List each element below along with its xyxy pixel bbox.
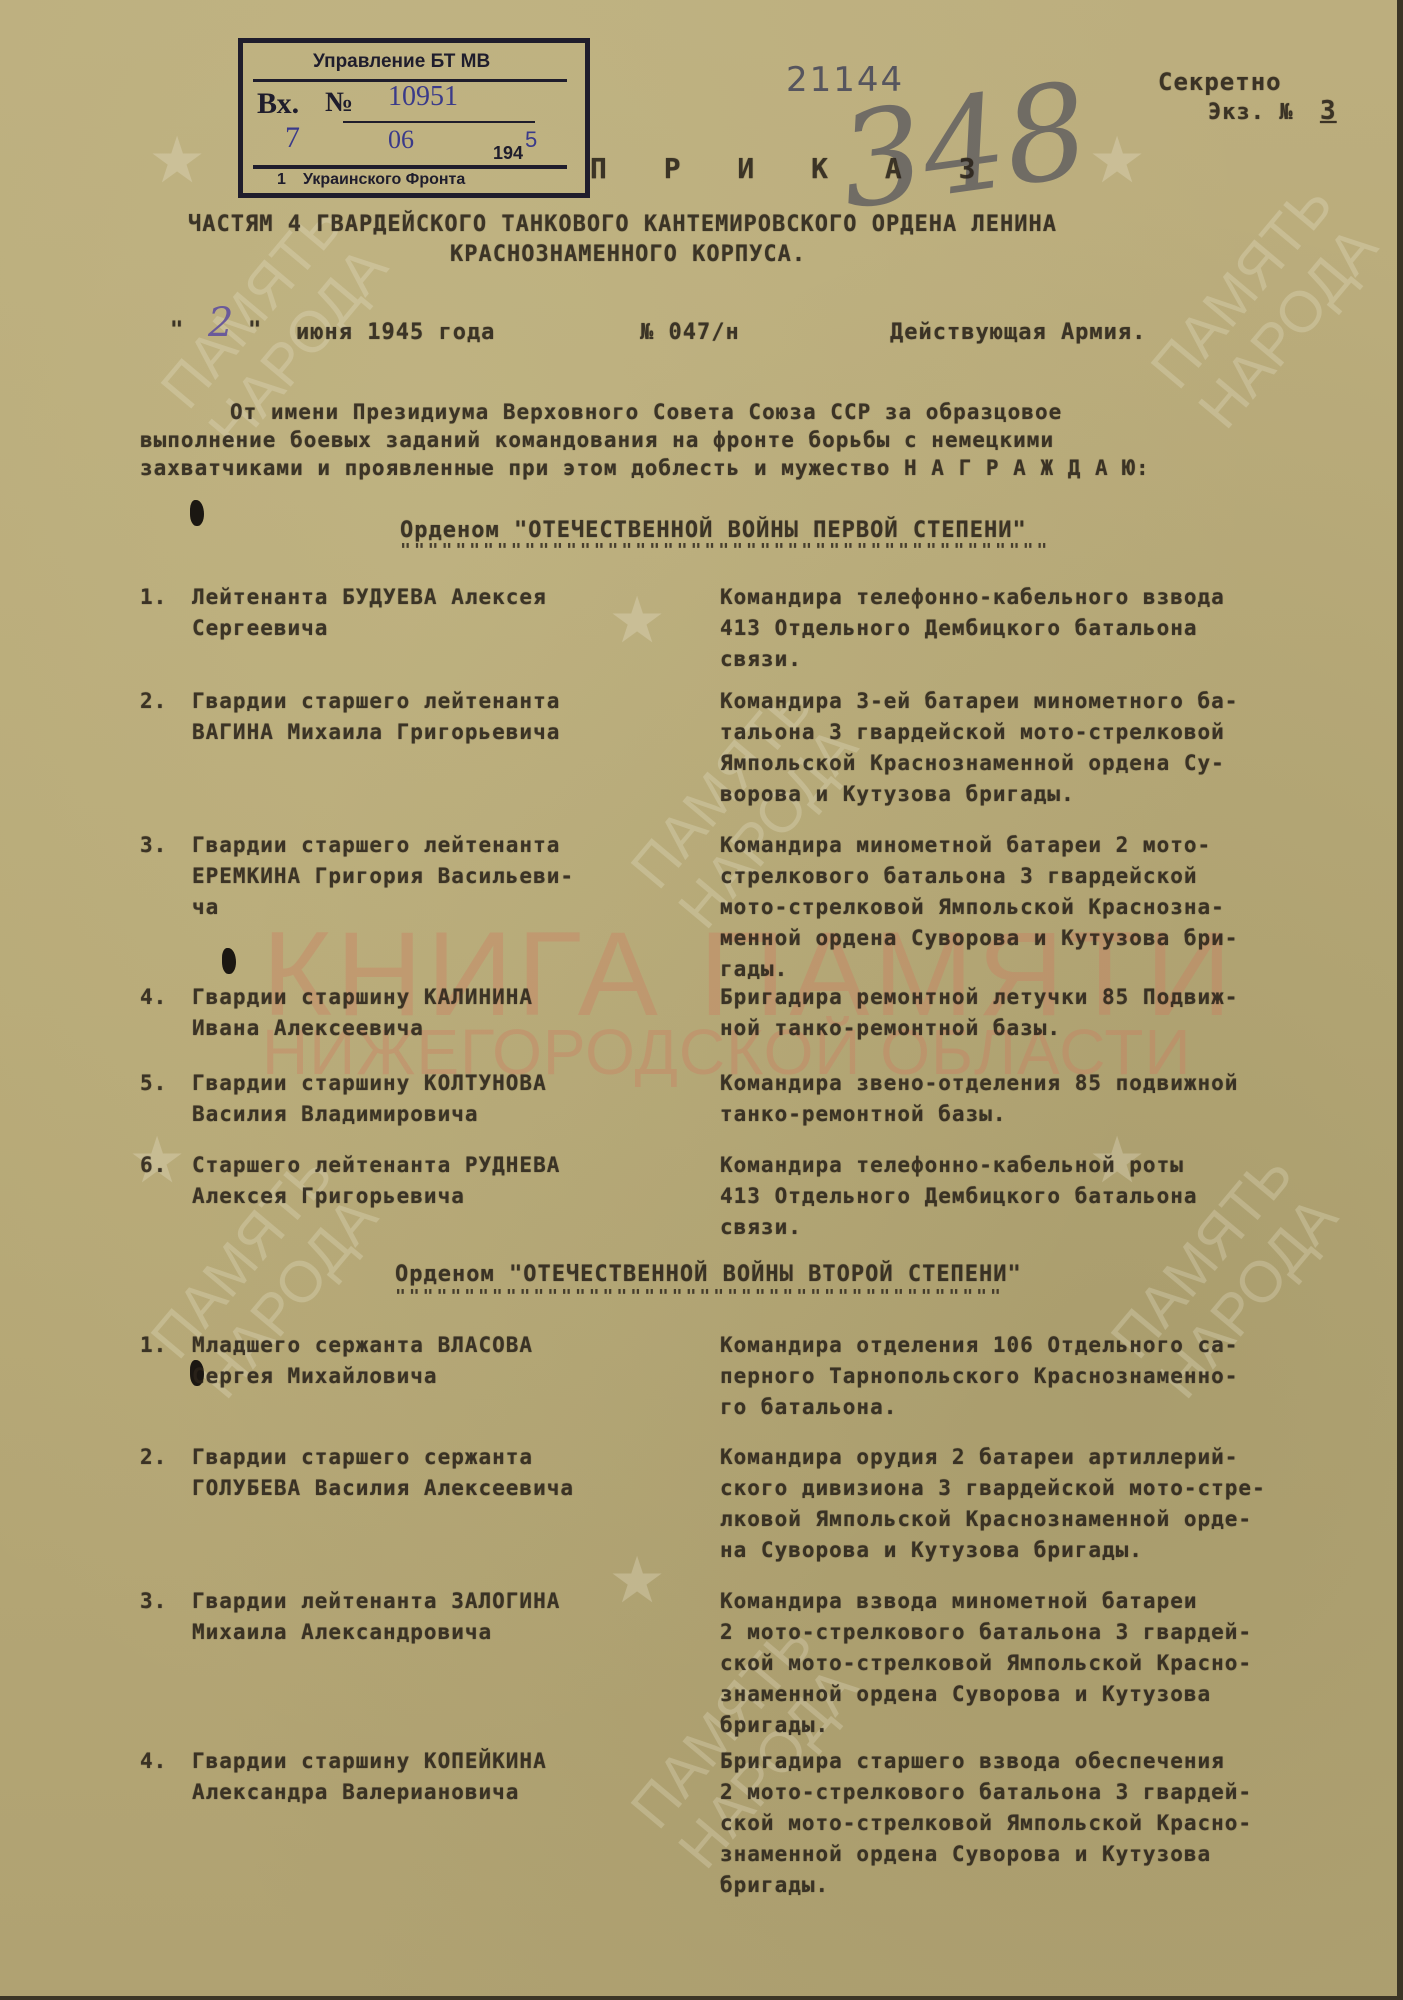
entry-position: Командира минометной батареи 2 мото-стре…	[720, 830, 1238, 985]
entry-number: 2.	[140, 1442, 167, 1473]
stamp-year: 194	[493, 143, 523, 164]
heading-underline: """"""""""""""""""""""""""""""""""""""""…	[395, 1286, 1004, 1307]
stamp-month: 06	[388, 125, 414, 155]
entry-number: 5.	[140, 1068, 167, 1099]
entry-position: Командира телефонно-кабельного взвода413…	[720, 582, 1225, 675]
stamp-front-label: Украинского Фронта	[303, 171, 465, 189]
order-title: П Р И К А З	[590, 152, 995, 185]
section-heading-second-degree: Орденом "ОТЕЧЕСТВЕННОЙ ВОЙНЫ ВТОРОЙ СТЕП…	[395, 1262, 1022, 1287]
stamp-incoming-label: Вх.	[257, 87, 299, 121]
entry-position: Командира взвода минометной батареи2 мот…	[720, 1586, 1252, 1741]
heading-underline: """"""""""""""""""""""""""""""""""""""""…	[400, 540, 1050, 561]
page-edge	[1397, 0, 1403, 2000]
location: Действующая Армия.	[890, 320, 1146, 345]
order-subtitle-line1: ЧАСТЯМ 4 ГВАРДЕЙСКОГО ТАНКОВОГО КАНТЕМИР…	[188, 212, 1057, 237]
stamp-day: 7	[285, 121, 300, 155]
stamp-year-handwritten: 5	[525, 127, 537, 153]
stamp-front-number: 1	[277, 171, 286, 189]
entry-position: Командира орудия 2 батареи артиллерий-ск…	[720, 1442, 1266, 1566]
entry-number: 1.	[140, 1330, 167, 1361]
preamble-line3: захватчиками и проявленные при этом добл…	[140, 456, 1150, 480]
entry-name: Гвардии старшину КОЛТУНОВАВасилия Владим…	[192, 1068, 547, 1130]
entry-number: 3.	[140, 1586, 167, 1617]
entry-name: Лейтенанта БУДУЕВА АлексеяСергеевича	[192, 582, 547, 644]
registration-stamp: Управление БТ МВ Вх. № 10951 7 06 194 5 …	[238, 38, 590, 198]
copy-number: 3	[1320, 96, 1337, 126]
stamp-incoming-number: 10951	[388, 81, 458, 113]
entry-name: Гвардии лейтенанта ЗАЛОГИНАМихаила Алекс…	[192, 1586, 560, 1648]
entry-number: 4.	[140, 1746, 167, 1777]
entry-name: Гвардии старшину КАЛИНИНАИвана Алексееви…	[192, 982, 533, 1044]
secrecy-label: Секретно	[1158, 68, 1282, 96]
stamp-number-label: №	[325, 87, 353, 119]
entry-position: Командира 3-ей батареи минометного ба-та…	[720, 686, 1238, 810]
preamble-line1: От имени Президиума Верховного Совета Со…	[230, 400, 1062, 424]
entry-position: Командира звено-отделения 85 подвижнойта…	[720, 1068, 1238, 1130]
entry-number: 3.	[140, 830, 167, 861]
order-subtitle-line2: КРАСНОЗНАМЕННОГО КОРПУСА.	[450, 242, 806, 267]
preamble-line2: выполнение боевых заданий командования н…	[140, 428, 1054, 452]
copy-label: Экз. №	[1208, 100, 1293, 125]
date-rest: июня 1945 года	[296, 320, 495, 345]
date-quote-close: "	[248, 318, 262, 343]
page-edge	[0, 1996, 1403, 2000]
entry-number: 4.	[140, 982, 167, 1013]
entry-name: Гвардии старшину КОПЕЙКИНААлександра Вал…	[192, 1746, 547, 1808]
ink-blot	[222, 948, 236, 974]
date-quote-open: "	[170, 318, 184, 343]
entry-name: Гвардии старшего лейтенантаЕРЕМКИНА Григ…	[192, 830, 574, 923]
entry-position: Бригадира старшего взвода обеспечения2 м…	[720, 1746, 1252, 1901]
entry-name: Гвардии старшего лейтенантаВАГИНА Михаил…	[192, 686, 560, 748]
entry-position: Командира телефонно-кабельной роты413 От…	[720, 1150, 1198, 1243]
stamp-rule	[343, 121, 535, 123]
entry-number: 1.	[140, 582, 167, 613]
entry-name: Старшего лейтенанта РУДНЕВААлексея Григо…	[192, 1150, 560, 1212]
entry-name: Младшего сержанта ВЛАСОВАСергея Михайлов…	[192, 1330, 533, 1392]
entry-number: 2.	[140, 686, 167, 717]
entry-name: Гвардии старшего сержантаГОЛУБЕВА Васили…	[192, 1442, 574, 1504]
ink-blot	[190, 500, 204, 526]
stamp-title: Управление БТ МВ	[313, 51, 490, 73]
order-number: № 047/н	[640, 320, 740, 345]
entry-position: Бригадира ремонтной летучки 85 Подвиж-но…	[720, 982, 1238, 1044]
entry-number: 6.	[140, 1150, 167, 1181]
entry-position: Командира отделения 106 Отдельного са-пе…	[720, 1330, 1238, 1423]
date-day: 2	[208, 300, 233, 346]
stamp-rule	[253, 165, 567, 169]
